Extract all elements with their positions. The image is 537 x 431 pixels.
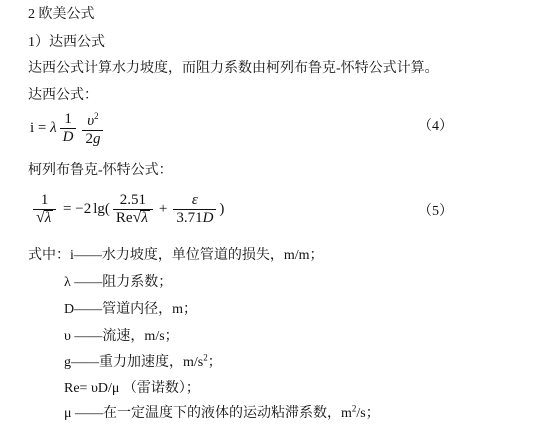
formula5-equals: = [59, 201, 75, 218]
formula4-gravity-symbol: g [93, 131, 101, 147]
intro-paragraph: 达西公式计算水力坡度，而阻力系数由柯列布鲁克-怀特公式计算。 [28, 60, 439, 78]
formula4-fraction-v2-over-2g: υ2 2g [82, 108, 103, 148]
formula5-lhs-numerator: 1 [38, 192, 52, 209]
formula4-velocity-exponent: 2 [94, 111, 99, 121]
definition-Re: Re= υD/μ （雷诺数）； [64, 380, 200, 398]
definition-g: g——重力加速度，m/s2； [64, 354, 222, 372]
section-heading: 2 欧美公式 [28, 6, 95, 24]
diameter-symbol: D [203, 210, 214, 226]
formula5-coefficient: 3.71 [176, 210, 202, 226]
definition-lambda: λ ——阻力系数； [64, 274, 172, 292]
equation-number-4: （4） [418, 115, 453, 135]
formula5-plus-operator: + [159, 201, 167, 218]
formula5-fracB-denominator: 3.71D [173, 209, 216, 227]
formula4-frac2-denominator: 2g [82, 130, 103, 148]
formula5-lhs-denominator: √λ [33, 209, 56, 227]
formula5-lhs-fraction: 1 √λ [33, 192, 56, 227]
equation-number-5: （5） [418, 200, 453, 220]
sqrt-lambda: √λ [36, 210, 53, 226]
formula5-fracA-denominator: Re√λ [113, 209, 153, 227]
subsection-heading: 1）达西公式 [28, 34, 105, 52]
formula5-fraction-B: ε 3.71D [173, 192, 216, 227]
reynolds-symbol: Re [116, 210, 133, 226]
formula4-frac1-denominator: D [60, 128, 77, 146]
document-page: 2 欧美公式 1）达西公式 达西公式计算水力坡度，而阻力系数由柯列布鲁克-怀特公… [0, 0, 537, 431]
lambda-symbol: λ [140, 210, 150, 226]
definition-mu: μ ——在一定温度下的液体的运动粘滞系数，m2/s； [64, 405, 380, 423]
formula5-right-paren: ) [219, 201, 224, 218]
darcy-formula-label: 达西公式： [28, 87, 98, 105]
formula4-frac1-numerator: 1 [61, 111, 75, 128]
definition-D: D——管道内径，m； [64, 301, 197, 319]
formula4-equals: = [34, 120, 50, 137]
colebrook-formula-label: 柯列布鲁克-怀特公式： [28, 162, 173, 180]
definition-upsilon: υ ——流速，m/s； [64, 328, 179, 346]
formula5-fracB-numerator: ε [189, 192, 201, 209]
sqrt-lambda: √λ [133, 210, 150, 226]
colebrook-white-formula: 1 √λ = −2lg( 2.51 Re√λ + ε 3.71D ) [30, 192, 224, 227]
formula5-log-function: lg( [93, 201, 110, 218]
definition-i: 式中：i——水力坡度，单位管道的损失，m/m； [28, 247, 324, 265]
darcy-formula: i = λ 1 D υ2 2g [30, 108, 106, 148]
formula4-lambda: λ [50, 120, 57, 137]
formula4-frac2-numerator: υ2 [84, 108, 101, 130]
formula4-two: 2 [85, 131, 93, 147]
formula5-neg-two: −2 [75, 201, 91, 218]
formula5-fracA-numerator: 2.51 [117, 192, 149, 209]
lambda-symbol: λ [44, 210, 54, 226]
formula4-fraction-1-over-D: 1 D [60, 111, 77, 146]
formula5-fraction-A: 2.51 Re√λ [113, 192, 153, 227]
